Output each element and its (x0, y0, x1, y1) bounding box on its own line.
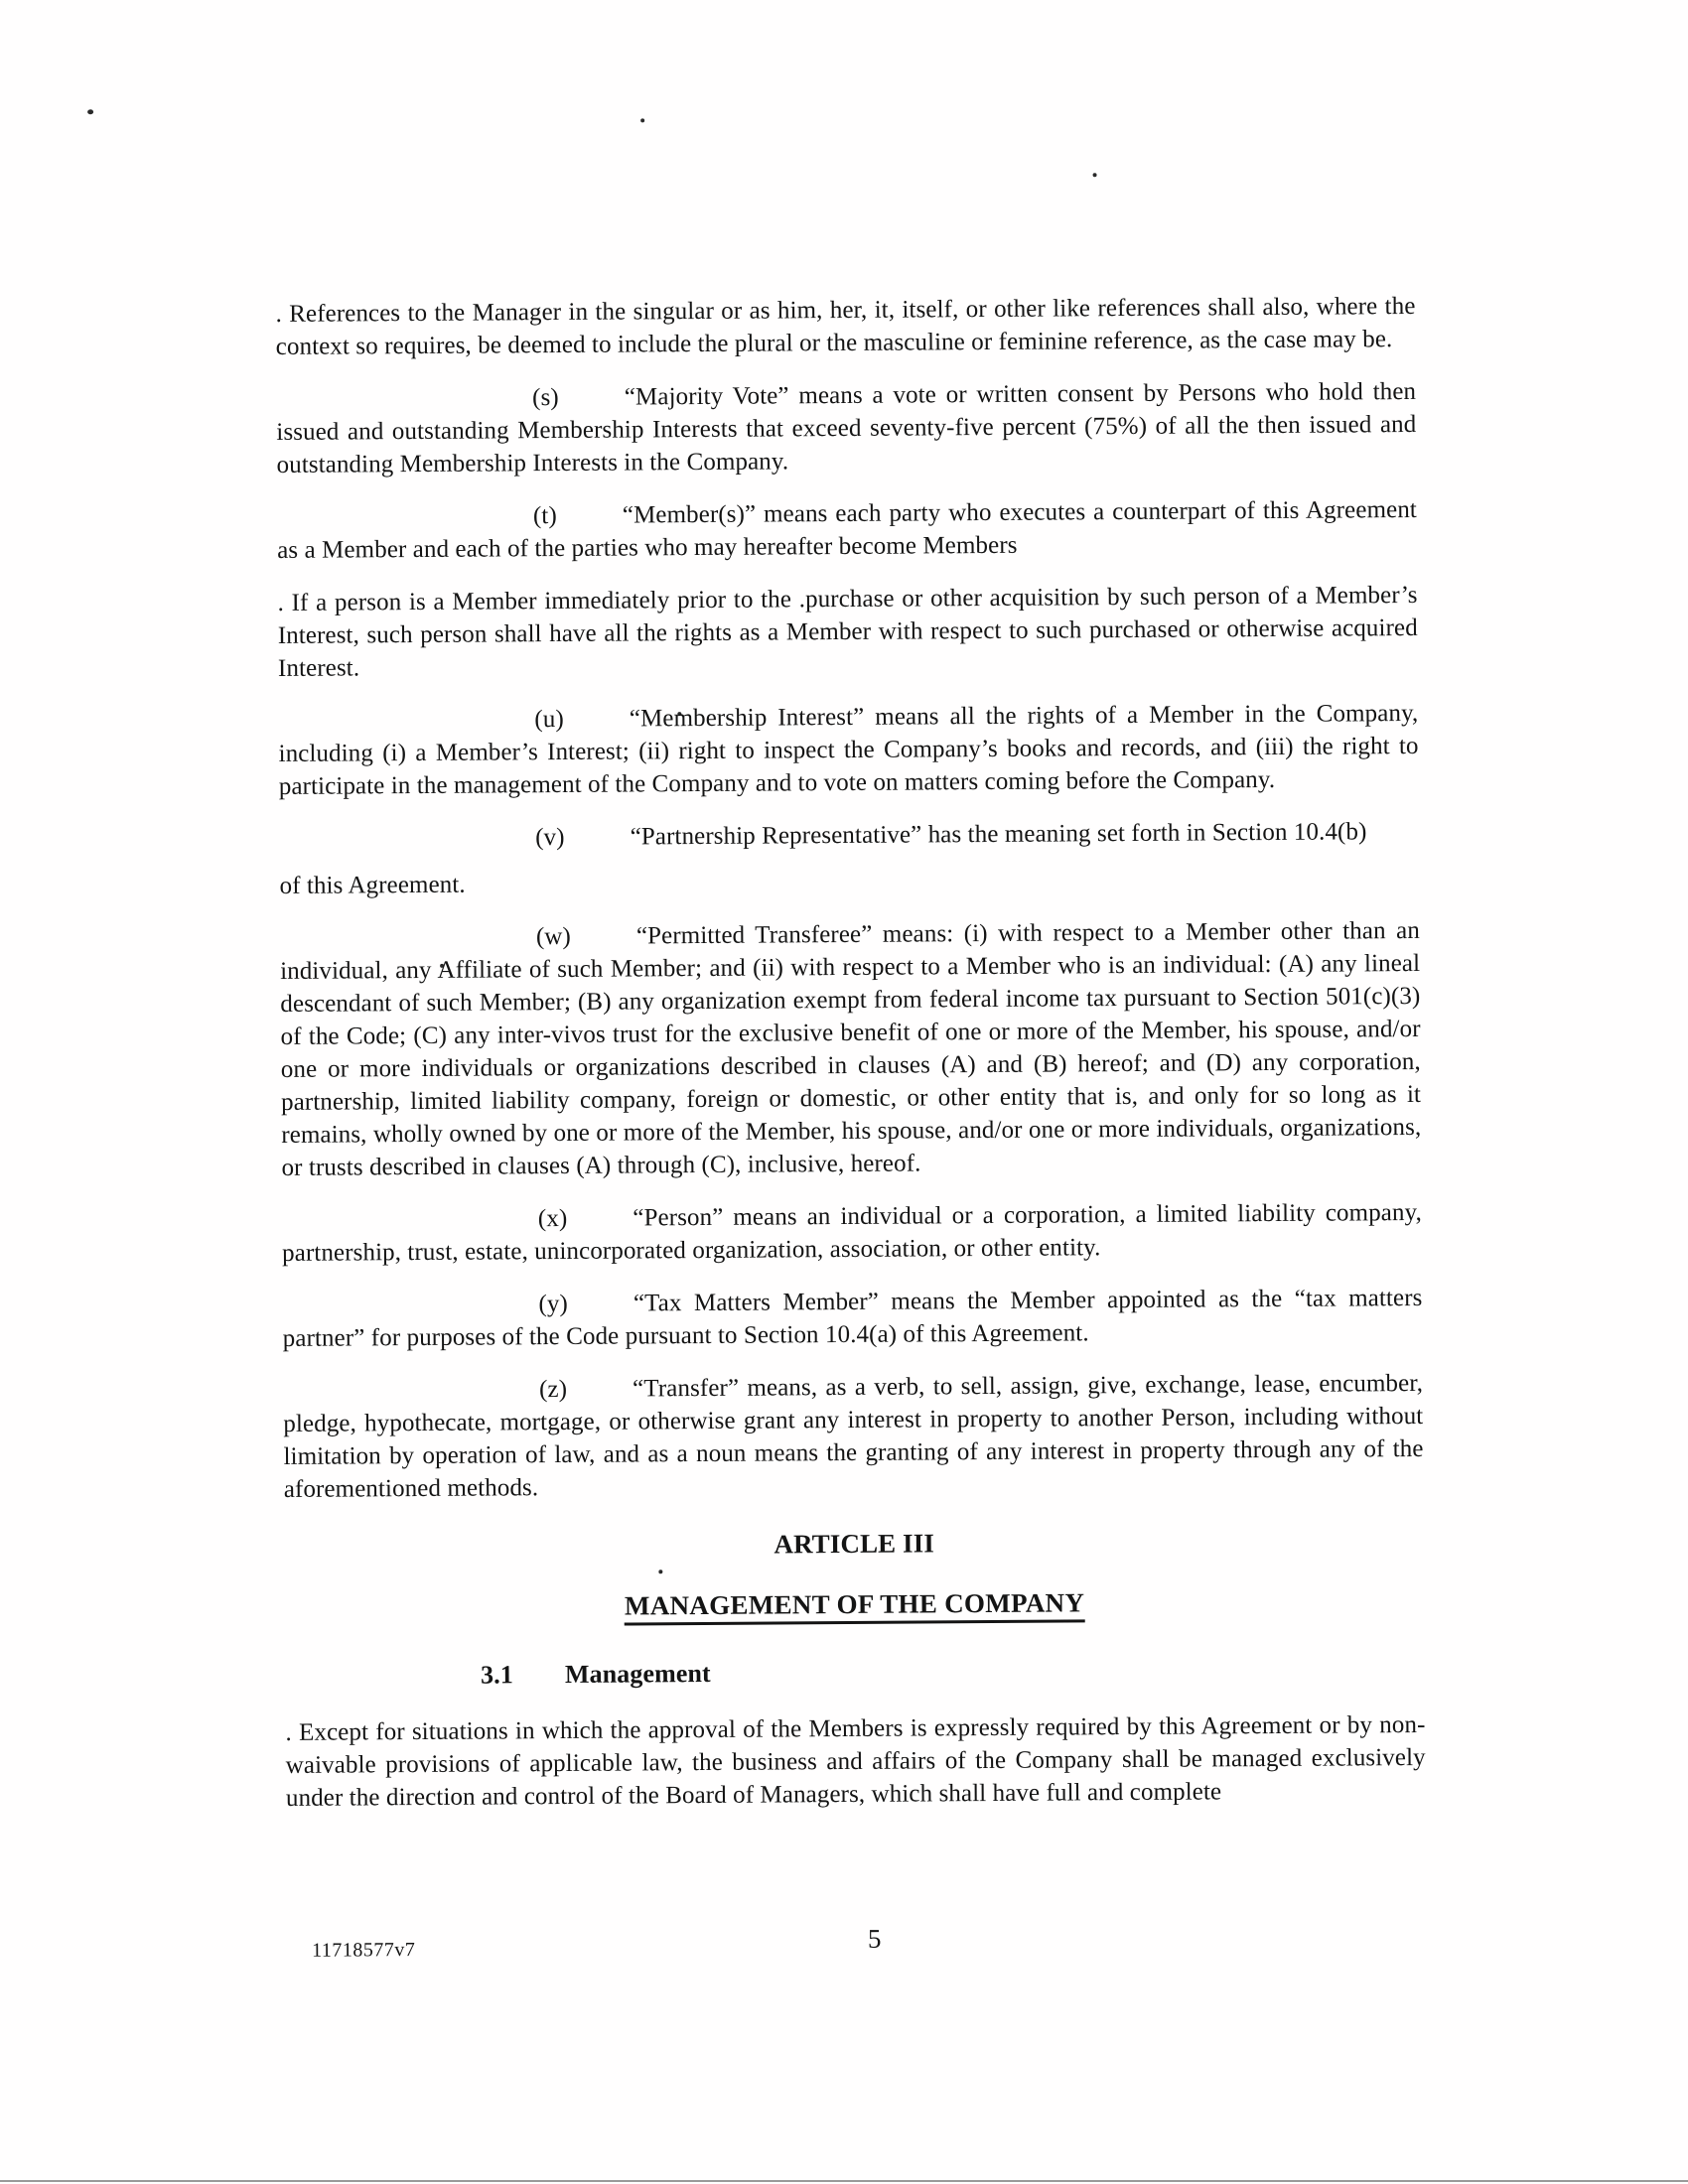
section-number: 3.1 (481, 1660, 513, 1689)
definition-text: “Partnership Representative” has the mea… (631, 818, 1367, 850)
page-body-text: . References to the Manager in the singu… (275, 290, 1426, 1835)
article-heading: ARTICLE III (284, 1524, 1424, 1565)
definition-membership-interest: (u)“Membership Interest” means all the r… (278, 697, 1419, 803)
definition-text: “Member(s)” means each party who execute… (277, 496, 1417, 564)
definition-label: (u) (534, 706, 564, 733)
definition-label: (t) (533, 502, 557, 529)
section-heading: 3.1Management (285, 1652, 1425, 1693)
definition-tax-matters-member: (y)“Tax Matters Member” means the Member… (282, 1282, 1422, 1355)
definition-label: (v) (535, 824, 565, 851)
scan-artifact-dot (640, 118, 644, 122)
article-title-text: MANAGEMENT OF THE COMPANY (625, 1587, 1084, 1625)
definition-partnership-representative: (v)“Partnership Representative” has the … (279, 815, 1419, 856)
section-title: Management (565, 1659, 711, 1689)
member-rights-paragraph: . If a person is a Member immediately pr… (277, 579, 1418, 685)
scan-artifact-dot (1093, 173, 1097, 177)
definition-text: “Transfer” means, as a verb, to sell, as… (283, 1370, 1423, 1503)
definition-label: (w) (536, 923, 571, 950)
page-number: 5 (868, 1924, 882, 1955)
definition-text: “Majority Vote” means a vote or written … (276, 378, 1416, 478)
definition-members: (t)“Member(s)” means each party who exec… (277, 493, 1417, 567)
definition-text: “Tax Matters Member” means the Member ap… (283, 1285, 1423, 1352)
partnership-representative-continuation: of this Agreement. (279, 862, 1419, 902)
definition-text: “Person” means an individual or a corpor… (282, 1199, 1422, 1267)
scan-bottom-edge-line (0, 2180, 1688, 2182)
article-title: MANAGEMENT OF THE COMPANY (285, 1584, 1425, 1626)
management-paragraph: . Except for situations in which the app… (285, 1708, 1426, 1815)
definition-label: (x) (538, 1205, 568, 1232)
scan-artifact-dot (87, 109, 93, 114)
scanned-content: . References to the Manager in the singu… (0, 0, 1688, 2184)
footer-document-id: 11718577v7 (312, 1939, 415, 1963)
definition-permitted-transferee: (w)“Permitted Transferee” means: (i) wit… (280, 914, 1422, 1184)
definition-text: “Permitted Transferee” means: (i) with r… (280, 917, 1421, 1181)
definition-label: (s) (532, 384, 559, 411)
definition-text: “Membership Interest” means all the righ… (279, 700, 1419, 800)
document-page: . References to the Manager in the singu… (0, 0, 1688, 2184)
definition-label: (z) (539, 1376, 567, 1403)
definition-transfer: (z)“Transfer” means, as a verb, to sell,… (283, 1367, 1424, 1506)
definition-label: (y) (538, 1291, 568, 1317)
intro-paragraph: . References to the Manager in the singu… (275, 290, 1415, 363)
definition-majority-vote: (s)“Majority Vote” means a vote or writt… (276, 375, 1417, 481)
definition-person: (x)“Person” means an individual or a cor… (282, 1196, 1422, 1270)
